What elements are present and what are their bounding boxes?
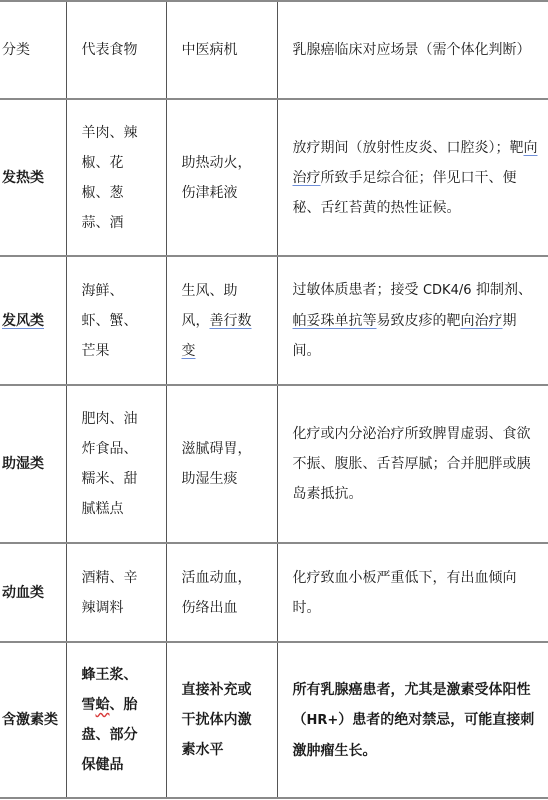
mechanism-line: 生风、助 <box>182 276 269 306</box>
food-taboo-table: 分类 代表食物 中医病机 乳腺癌临床对应场景（需个体化判断） 发热类 羊肉、辣 … <box>0 0 548 799</box>
grammar-underlined-text[interactable]: 帕妥珠单抗等 <box>293 313 377 329</box>
foods-cell: 肥肉、油 炸食品、 糯米、甜 腻糕点 <box>66 385 166 543</box>
mechanism-cell: 滋腻碍胃， 助湿生痰 <box>166 385 277 543</box>
mechanism-line: 直接补充或 <box>182 675 269 705</box>
mechanism-line: 活血动血， <box>182 563 269 593</box>
table-row: 动血类 酒精、辛 辣调料 活血动血， 伤络出血 化疗致血小板严重低下，有出血倾向… <box>0 543 548 642</box>
mechanism-line: 风，善行数 <box>182 306 269 336</box>
foods-text: 雪 <box>82 697 96 713</box>
mechanism-line: 滋腻碍胃， <box>182 434 269 464</box>
foods-cell: 羊肉、辣 椒、花 椒、葱 蒜、酒 <box>66 99 166 256</box>
foods-line: 虾、蟹、 <box>82 306 158 336</box>
scenario-text: 抑制 <box>472 282 504 298</box>
grammar-underlined-text[interactable]: 善行数 <box>210 313 252 329</box>
foods-line: 辣调料 <box>82 593 158 623</box>
foods-line: 腻糕点 <box>82 494 158 524</box>
scenario-text: 所致手足综合征；伴见口干、便秘、舌红苔黄的热性证候。 <box>293 170 517 216</box>
mechanism-line: 伤络出血 <box>182 593 269 623</box>
mechanism-line: 素水平 <box>182 735 269 765</box>
foods-line: 酒精、辛 <box>82 563 158 593</box>
grammar-underlined-text[interactable]: 向治 <box>461 313 489 329</box>
table-header-row: 分类 代表食物 中医病机 乳腺癌临床对应场景（需个体化判断） <box>0 1 548 99</box>
scenario-text: 放疗期间（放射性皮炎、口腔炎）； <box>293 140 510 156</box>
mechanism-cell: 生风、助 风，善行数 变 <box>166 256 277 385</box>
foods-line: 雪蛤、胎 <box>82 690 158 720</box>
mechanism-line: 伤津耗液 <box>182 178 269 208</box>
category-cell: 发风类 <box>0 256 66 385</box>
scenario-cell: 化疗致血小板严重低下，有出血倾向时。 <box>277 543 548 642</box>
foods-line: 羊肉、辣 <box>82 118 158 148</box>
category-cell: 含激素类 <box>0 642 66 798</box>
table-row: 发风类 海鲜、 虾、蟹、 芒果 生风、助 风，善行数 变 过敏体质患者；接受 C… <box>0 256 548 385</box>
scenario-text: 靶 <box>510 140 524 156</box>
header-category: 分类 <box>0 1 66 99</box>
header-tcm-mechanism: 中医病机 <box>166 1 277 99</box>
scenario-cell: 所有乳腺癌患者，尤其是激素受体阳性（HR+）患者的绝对禁忌，可能直接刺激肿瘤生长… <box>277 642 548 798</box>
header-clinical-scenario: 乳腺癌临床对应场景（需个体化判断） <box>277 1 548 99</box>
foods-line: 盘、部分 <box>82 720 158 750</box>
grammar-underlined-text[interactable]: 疗 <box>489 313 503 329</box>
foods-line: 椒、葱 <box>82 178 158 208</box>
receptor-status-text: HR+ <box>307 713 339 728</box>
category-cell: 动血类 <box>0 543 66 642</box>
mechanism-cell: 活血动血， 伤络出血 <box>166 543 277 642</box>
foods-line: 炸食品、 <box>82 434 158 464</box>
scenario-cell: 过敏体质患者；接受 CDK4/6 抑制剂、帕妥珠单抗等易致皮疹的靶向治疗期间。 <box>277 256 548 385</box>
mechanism-line: 助热动火， <box>182 148 269 178</box>
grammar-underlined-text[interactable]: 发风类 <box>2 313 44 329</box>
foods-line: 海鲜、 <box>82 276 158 306</box>
table-row: 含激素类 蜂王浆、 雪蛤、胎 盘、部分 保健品 直接补充或 干扰体内激 素水平 … <box>0 642 548 798</box>
drug-class-text: CDK4/6 <box>423 283 472 298</box>
mechanism-line: 助湿生痰 <box>182 464 269 494</box>
category-cell: 助湿类 <box>0 385 66 543</box>
scenario-cell: 化疗或内分泌治疗所致脾胃虚弱、食欲不振、腹胀、舌苔厚腻；合并肥胖或胰岛素抵抗。 <box>277 385 548 543</box>
mechanism-cell: 直接补充或 干扰体内激 素水平 <box>166 642 277 798</box>
scenario-text: 过敏体质患者；接受 <box>293 282 423 298</box>
foods-line: 保健品 <box>82 750 158 780</box>
table-row: 助湿类 肥肉、油 炸食品、 糯米、甜 腻糕点 滋腻碍胃， 助湿生痰 化疗或内分泌… <box>0 385 548 543</box>
table-row: 发热类 羊肉、辣 椒、花 椒、葱 蒜、酒 助热动火， 伤津耗液 放疗期间（放射性… <box>0 99 548 256</box>
mechanism-line: 干扰体内激 <box>182 705 269 735</box>
foods-line: 肥肉、油 <box>82 404 158 434</box>
header-foods: 代表食物 <box>66 1 166 99</box>
foods-line: 蒜、酒 <box>82 208 158 238</box>
grammar-underlined-text[interactable]: 变 <box>182 343 196 359</box>
scenario-text: 剂、 <box>504 282 532 298</box>
mechanism-text: 风， <box>182 313 210 329</box>
scenario-cell: 放疗期间（放射性皮炎、口腔炎）；靶向治疗所致手足综合征；伴见口干、便秘、舌红苔黄… <box>277 99 548 256</box>
foods-line: 芒果 <box>82 336 158 366</box>
foods-text: 、胎 <box>110 697 138 713</box>
mechanism-cell: 助热动火， 伤津耗液 <box>166 99 277 256</box>
category-cell: 发热类 <box>0 99 66 256</box>
mechanism-line: 变 <box>182 336 269 366</box>
foods-cell: 酒精、辛 辣调料 <box>66 543 166 642</box>
foods-cell: 海鲜、 虾、蟹、 芒果 <box>66 256 166 385</box>
scenario-text: 易致皮疹的靶 <box>377 313 461 329</box>
foods-cell: 蜂王浆、 雪蛤、胎 盘、部分 保健品 <box>66 642 166 798</box>
foods-line: 蜂王浆、 <box>82 660 158 690</box>
foods-line: 糯米、甜 <box>82 464 158 494</box>
foods-line: 椒、花 <box>82 148 158 178</box>
spelling-underlined-text[interactable]: 蛤 <box>96 697 110 713</box>
